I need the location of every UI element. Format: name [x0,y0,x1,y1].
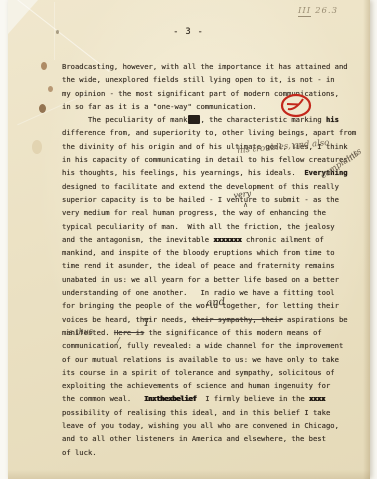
typed-segment: voices be heard, their needs, [62,315,192,324]
rust-stain [41,62,47,70]
typed-segment: communication, fully revealed: a wide ch… [62,341,343,350]
typed-line: manifested. Here is the significance of … [62,326,356,339]
typed-segment: leave of you today, wishing you all who … [62,421,339,430]
typed-segment: the common weal. [62,394,144,403]
typed-line: voices be heard, their needs, their symp… [62,313,356,326]
typed-segment: The peculiarity of mank [62,115,188,124]
typed-segment: in his capacity of communicating in deta… [62,155,348,164]
typed-segment: difference from, and superiority to, oth… [62,128,356,137]
rust-stain [39,104,46,113]
typed-segment: his thoughts, his feelings, his yearning… [62,168,304,177]
typed-line: difference from, and superiority to, oth… [62,126,356,139]
typed-segment: the divinity of his origin and of his ul… [62,142,348,151]
blotted-word: ind [188,115,201,124]
typed-line: mankind, and inspite of the bloody erupt… [62,246,356,259]
typed-segment: designed to facilitate and extend the de… [62,182,339,191]
typed-line: the wide, unexplored fields still lying … [62,73,356,86]
typed-line: leave of you today, wishing you all who … [62,419,356,432]
typed-segment: unabated in us: we all yearn for a bette… [62,275,339,284]
typed-segment: and the antagonism, the inevitable [62,235,213,244]
typed-segment: the wide, unexplored fields still lying … [62,75,335,84]
typed-text: Broadcasting, however, with all the impo… [62,60,356,459]
typed-line: of our mutual relations is available to … [62,353,356,366]
typed-line: of luck. [62,446,356,459]
typed-line: typical peculiarity of man. With all the… [62,220,356,233]
rust-stain [48,86,53,92]
typed-line: superior capacity is to be hailed - I ve… [62,193,356,206]
typed-segment: of luck. [62,448,97,457]
typed-segment: typical peculiarity of man. With all the… [62,222,335,231]
typed-line: its course in a spirit of tolerance and … [62,366,356,379]
typed-segment: superior capacity is to be hailed - I ve… [62,195,339,204]
typed-segment: its course in a spirit of tolerance and … [62,368,335,377]
typed-segment: possibility of realising this ideal, and… [62,408,330,417]
overtyped-word: his [326,115,339,124]
struck-word: their sympathy, their [192,315,283,324]
page-scan: III26.3 - 3 - Broadcasting, however, wit… [0,0,377,479]
xed-out-word: xxxxxxx [213,235,241,244]
typed-segment: Broadcasting, however, with all the impo… [62,62,348,71]
typed-line: in his capacity of communicating in deta… [62,153,356,166]
page-number: - 3 - [0,27,377,37]
typed-line: for bringing the people of the world tog… [62,299,356,312]
typed-segment: understanding of one another. In radio w… [62,288,335,297]
archive-item-number: 26.3 [315,6,338,16]
typed-segment: chronic ailment of [242,235,324,244]
archive-number: III26.3 [298,6,338,16]
xed-out-word: Inxthexbelief [144,394,196,403]
typed-line: communication, fully revealed: a wide ch… [62,339,356,352]
typed-segment: in so far as it is a "one-way" communica… [62,102,257,111]
typed-line: The peculiarity of mankind, the characte… [62,113,356,126]
typed-line: very medium for real human progress, the… [62,206,356,219]
typed-line: time rend it asunder, the ideal of peace… [62,259,356,272]
typed-line: designed to facilitate and extend the de… [62,180,356,193]
typed-line: and the antagonism, the inevitable xxxxx… [62,233,356,246]
typed-line: the common weal. Inxthexbelief I firmly … [62,392,356,405]
typed-line: his thoughts, his feelings, his yearning… [62,166,356,179]
xed-out-word: xxxx [309,394,325,403]
archive-volume: III [298,6,311,17]
typed-line: my opinion - the most significant part o… [62,87,356,100]
typed-segment: and to all other listeners in America an… [62,434,326,443]
typed-segment: I firmly believe in the [197,394,310,403]
typed-segment: aspirations be [283,315,348,324]
typed-segment: for bringing the people of the world tog… [62,301,339,310]
overtyped-word: Everything [304,168,347,177]
typed-line: possibility of realising this ideal, and… [62,406,356,419]
typed-line: exploiting the achievements of science a… [62,379,356,392]
typed-segment: exploiting the achievements of science a… [62,381,330,390]
typed-segment: mankind, and inspite of the bloody erupt… [62,248,335,257]
typed-segment: the significance of this modern means of [144,328,321,337]
struck-word: Here is [114,328,144,337]
red-editorial-mark [280,93,312,118]
typed-line: the divinity of his origin and of his ul… [62,140,356,153]
typed-line: and to all other listeners in America an… [62,432,356,445]
typed-line: understanding of one another. In radio w… [62,286,356,299]
typed-segment: very medium for real human progress, the… [62,208,326,217]
typed-segment: time rend it asunder, the ideal of peace… [62,261,335,270]
typed-line: unabated in us: we all yearn for a bette… [62,273,356,286]
typed-line: in so far as it is a "one-way" communica… [62,100,356,113]
typed-segment: manifested. [62,328,114,337]
paper-stain [32,140,42,154]
typed-segment: of our mutual relations is available to … [62,355,339,364]
typed-line: Broadcasting, however, with all the impo… [62,60,356,73]
